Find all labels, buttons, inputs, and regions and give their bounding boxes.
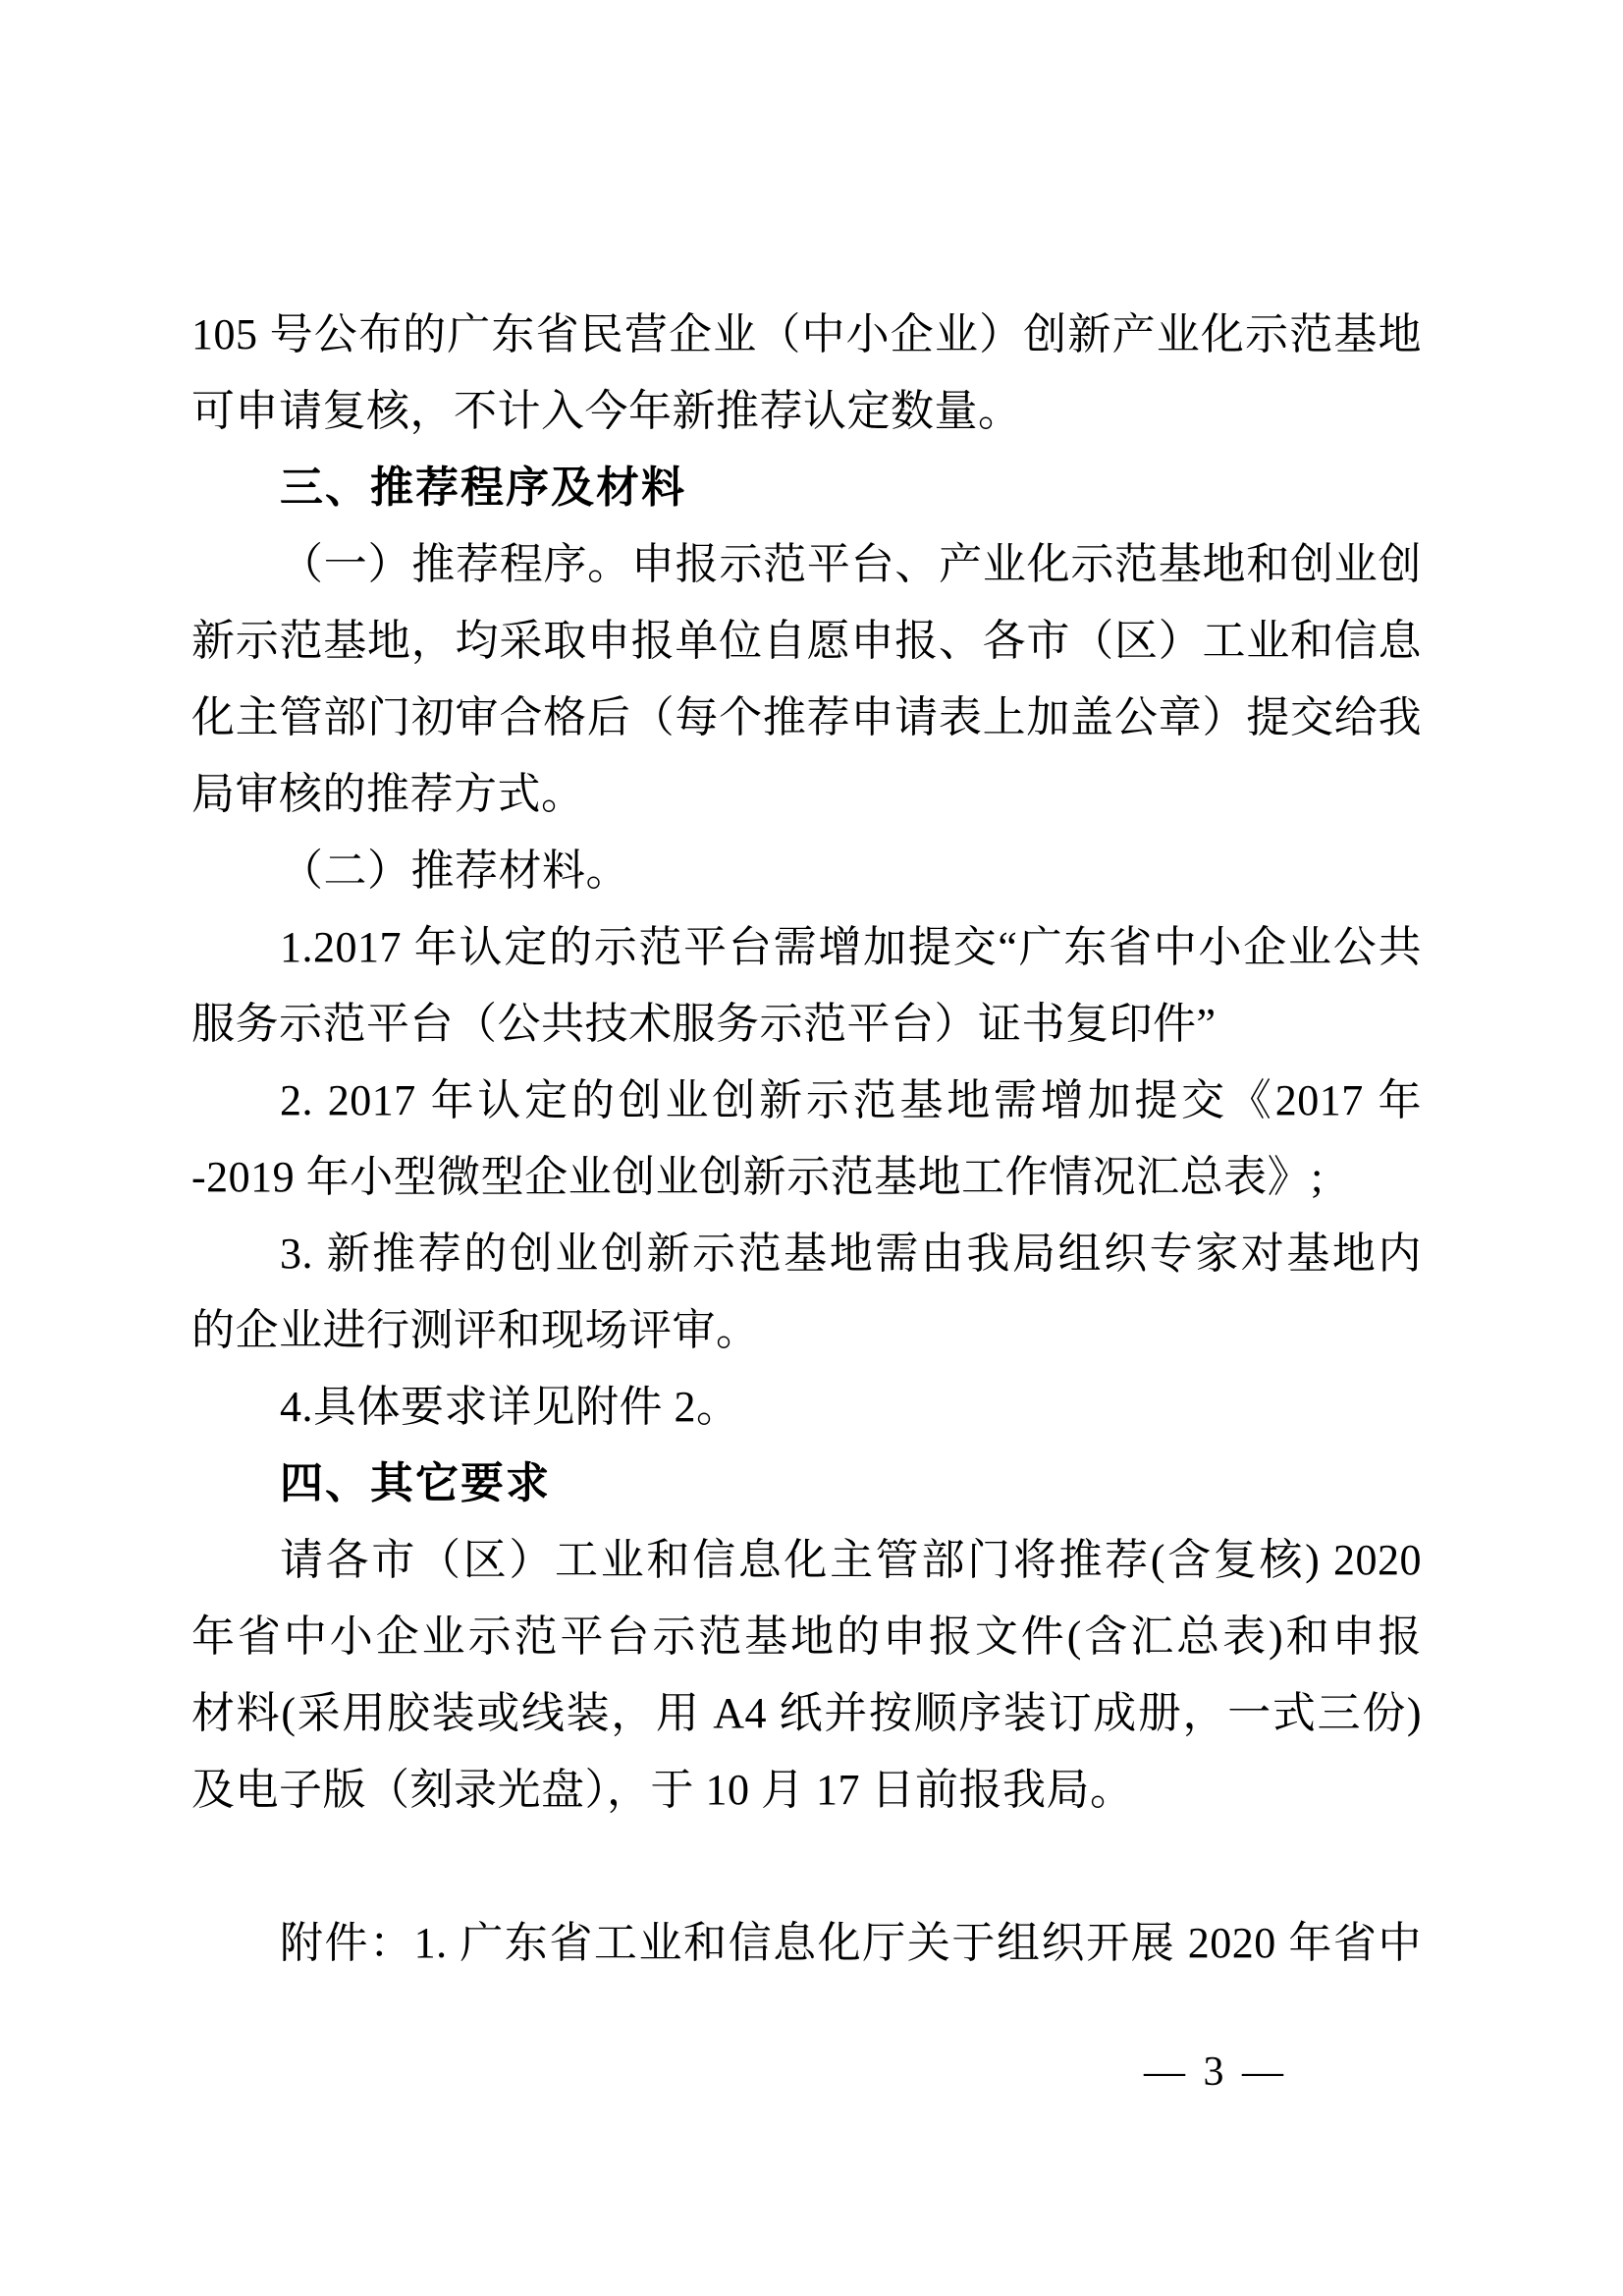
document-line: 4.具体要求详见附件 2。 [191,1369,1422,1446]
document-line: 局审核的推荐方式。 [191,756,1422,833]
section-heading: 三、推荐程序及材料 [191,450,1422,526]
document-line: 的企业进行测评和现场评审。 [191,1292,1422,1369]
document-line: 及电子版（刻录光盘），于 10 月 17 日前报我局。 [191,1752,1422,1829]
document-line: 2. 2017 年认定的创业创新示范基地需增加提交《2017 年 [191,1063,1422,1139]
document-line: 化主管部门初审合格后（每个推荐申请表上加盖公章）提交给我 [191,680,1422,756]
document-line: 105 号公布的广东省民营企业（中小企业）创新产业化示范基地 [191,297,1422,373]
document-line: -2019 年小型微型企业创业创新示范基地工作情况汇总表》; [191,1139,1422,1216]
document-line: 附件：1. 广东省工业和信息化厅关于组织开展 2020 年省中 [191,1905,1422,1982]
document-line: （一）推荐程序。申报示范平台、产业化示范基地和创业创 [191,526,1422,603]
section-heading: 四、其它要求 [191,1446,1422,1522]
document-line: （二）推荐材料。 [191,833,1422,909]
document-line: 可申请复核，不计入今年新推荐认定数量。 [191,373,1422,450]
document-line: 3. 新推荐的创业创新示范基地需由我局组织专家对基地内 [191,1216,1422,1292]
blank-line [191,1829,1422,1905]
document-body: 105 号公布的广东省民营企业（中小企业）创新产业化示范基地可申请复核，不计入今… [191,297,1422,1982]
document-line: 请各市（区）工业和信息化主管部门将推荐(含复核) 2020 [191,1522,1422,1599]
document-line: 年省中小企业示范平台示范基地的申报文件(含汇总表)和申报 [191,1599,1422,1675]
document-line: 1.2017 年认定的示范平台需增加提交“广东省中小企业公共 [191,909,1422,986]
document-line: 服务示范平台（公共技术服务示范平台）证书复印件” [191,986,1422,1063]
document-line: 材料(采用胶装或线装，用 A4 纸并按顺序装订成册，一式三份) [191,1675,1422,1752]
document-page: 105 号公布的广东省民营企业（中小企业）创新产业化示范基地可申请复核，不计入今… [0,0,1623,2296]
document-line: 新示范基地，均采取申报单位自愿申报、各市（区）工业和信息 [191,603,1422,680]
page-number: — 3 — [1144,2049,1287,2096]
